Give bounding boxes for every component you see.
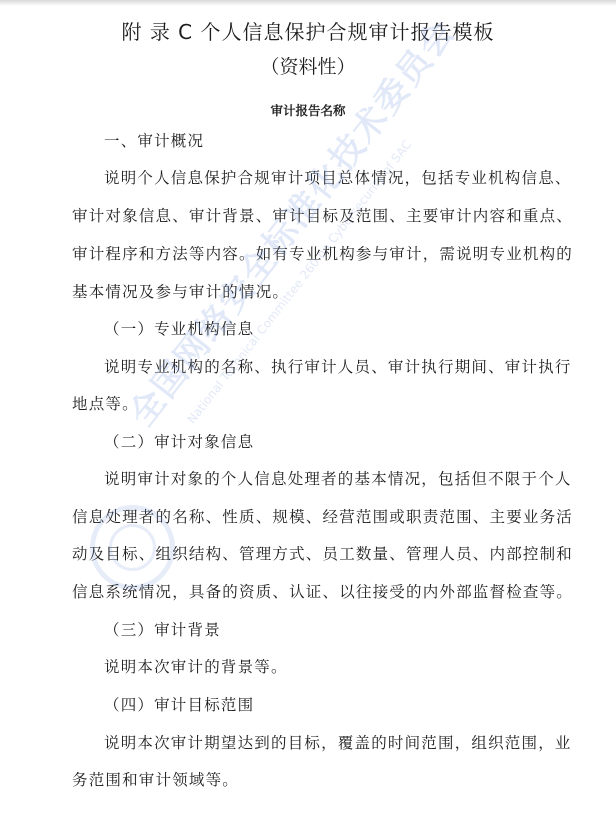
paragraph-line: 信息处理者的名称、性质、规模、经营范围或职责范围、主要业务活 xyxy=(72,507,573,527)
paragraph-line: 信息系统情况，具备的资质、认证、以往接受的内外部监督检查等。 xyxy=(72,582,573,602)
paragraph-line: 动及目标、组织结构、管理方式、员工数量、管理人员、内部控制和 xyxy=(72,544,573,564)
paragraph-line: 审计程序和方法等内容。如有专业机构参与审计，需说明专业机构的 xyxy=(72,244,573,264)
document-page: 附 录 C 个人信息保护合规审计报告模板 （资料性） 审计报告名称 一、审计概况… xyxy=(0,0,616,814)
paragraph-line: 务范围和审计领域等。 xyxy=(72,770,239,790)
paragraph-line: 地点等。 xyxy=(72,394,139,414)
paragraph-line: 审计对象信息、审计背景、审计目标及范围、主要审计内容和重点、 xyxy=(72,206,573,226)
section-heading-audit-subject: （二）审计对象信息 xyxy=(104,432,254,452)
appendix-title: 附 录 C 个人信息保护合规审计报告模板 xyxy=(0,16,616,45)
paragraph-line: 说明专业机构的名称、执行审计人员、审计执行期间、审计执行 xyxy=(104,357,572,377)
paragraph-line: 基本情况及参与审计的情况。 xyxy=(72,282,289,302)
paragraph-line: 说明本次审计期望达到的目标，覆盖的时间范围，组织范围，业 xyxy=(104,733,572,753)
report-name-label: 审计报告名称 xyxy=(0,101,616,119)
paragraph-line: 说明审计对象的个人信息处理者的基本情况，包括但不限于个人 xyxy=(104,469,572,489)
section-heading-overview: 一、审计概况 xyxy=(104,131,204,151)
paragraph-line: 说明个人信息保护合规审计项目总体情况，包括专业机构信息、 xyxy=(104,168,572,188)
section-heading-audit-background: （三）审计背景 xyxy=(104,620,221,640)
paragraph-line: 说明本次审计的背景等。 xyxy=(104,657,288,677)
appendix-subtitle: （资料性） xyxy=(0,52,616,79)
section-heading-professional-institution: （一）专业机构信息 xyxy=(104,319,254,339)
section-heading-audit-scope: （四）审计目标范围 xyxy=(104,695,254,715)
